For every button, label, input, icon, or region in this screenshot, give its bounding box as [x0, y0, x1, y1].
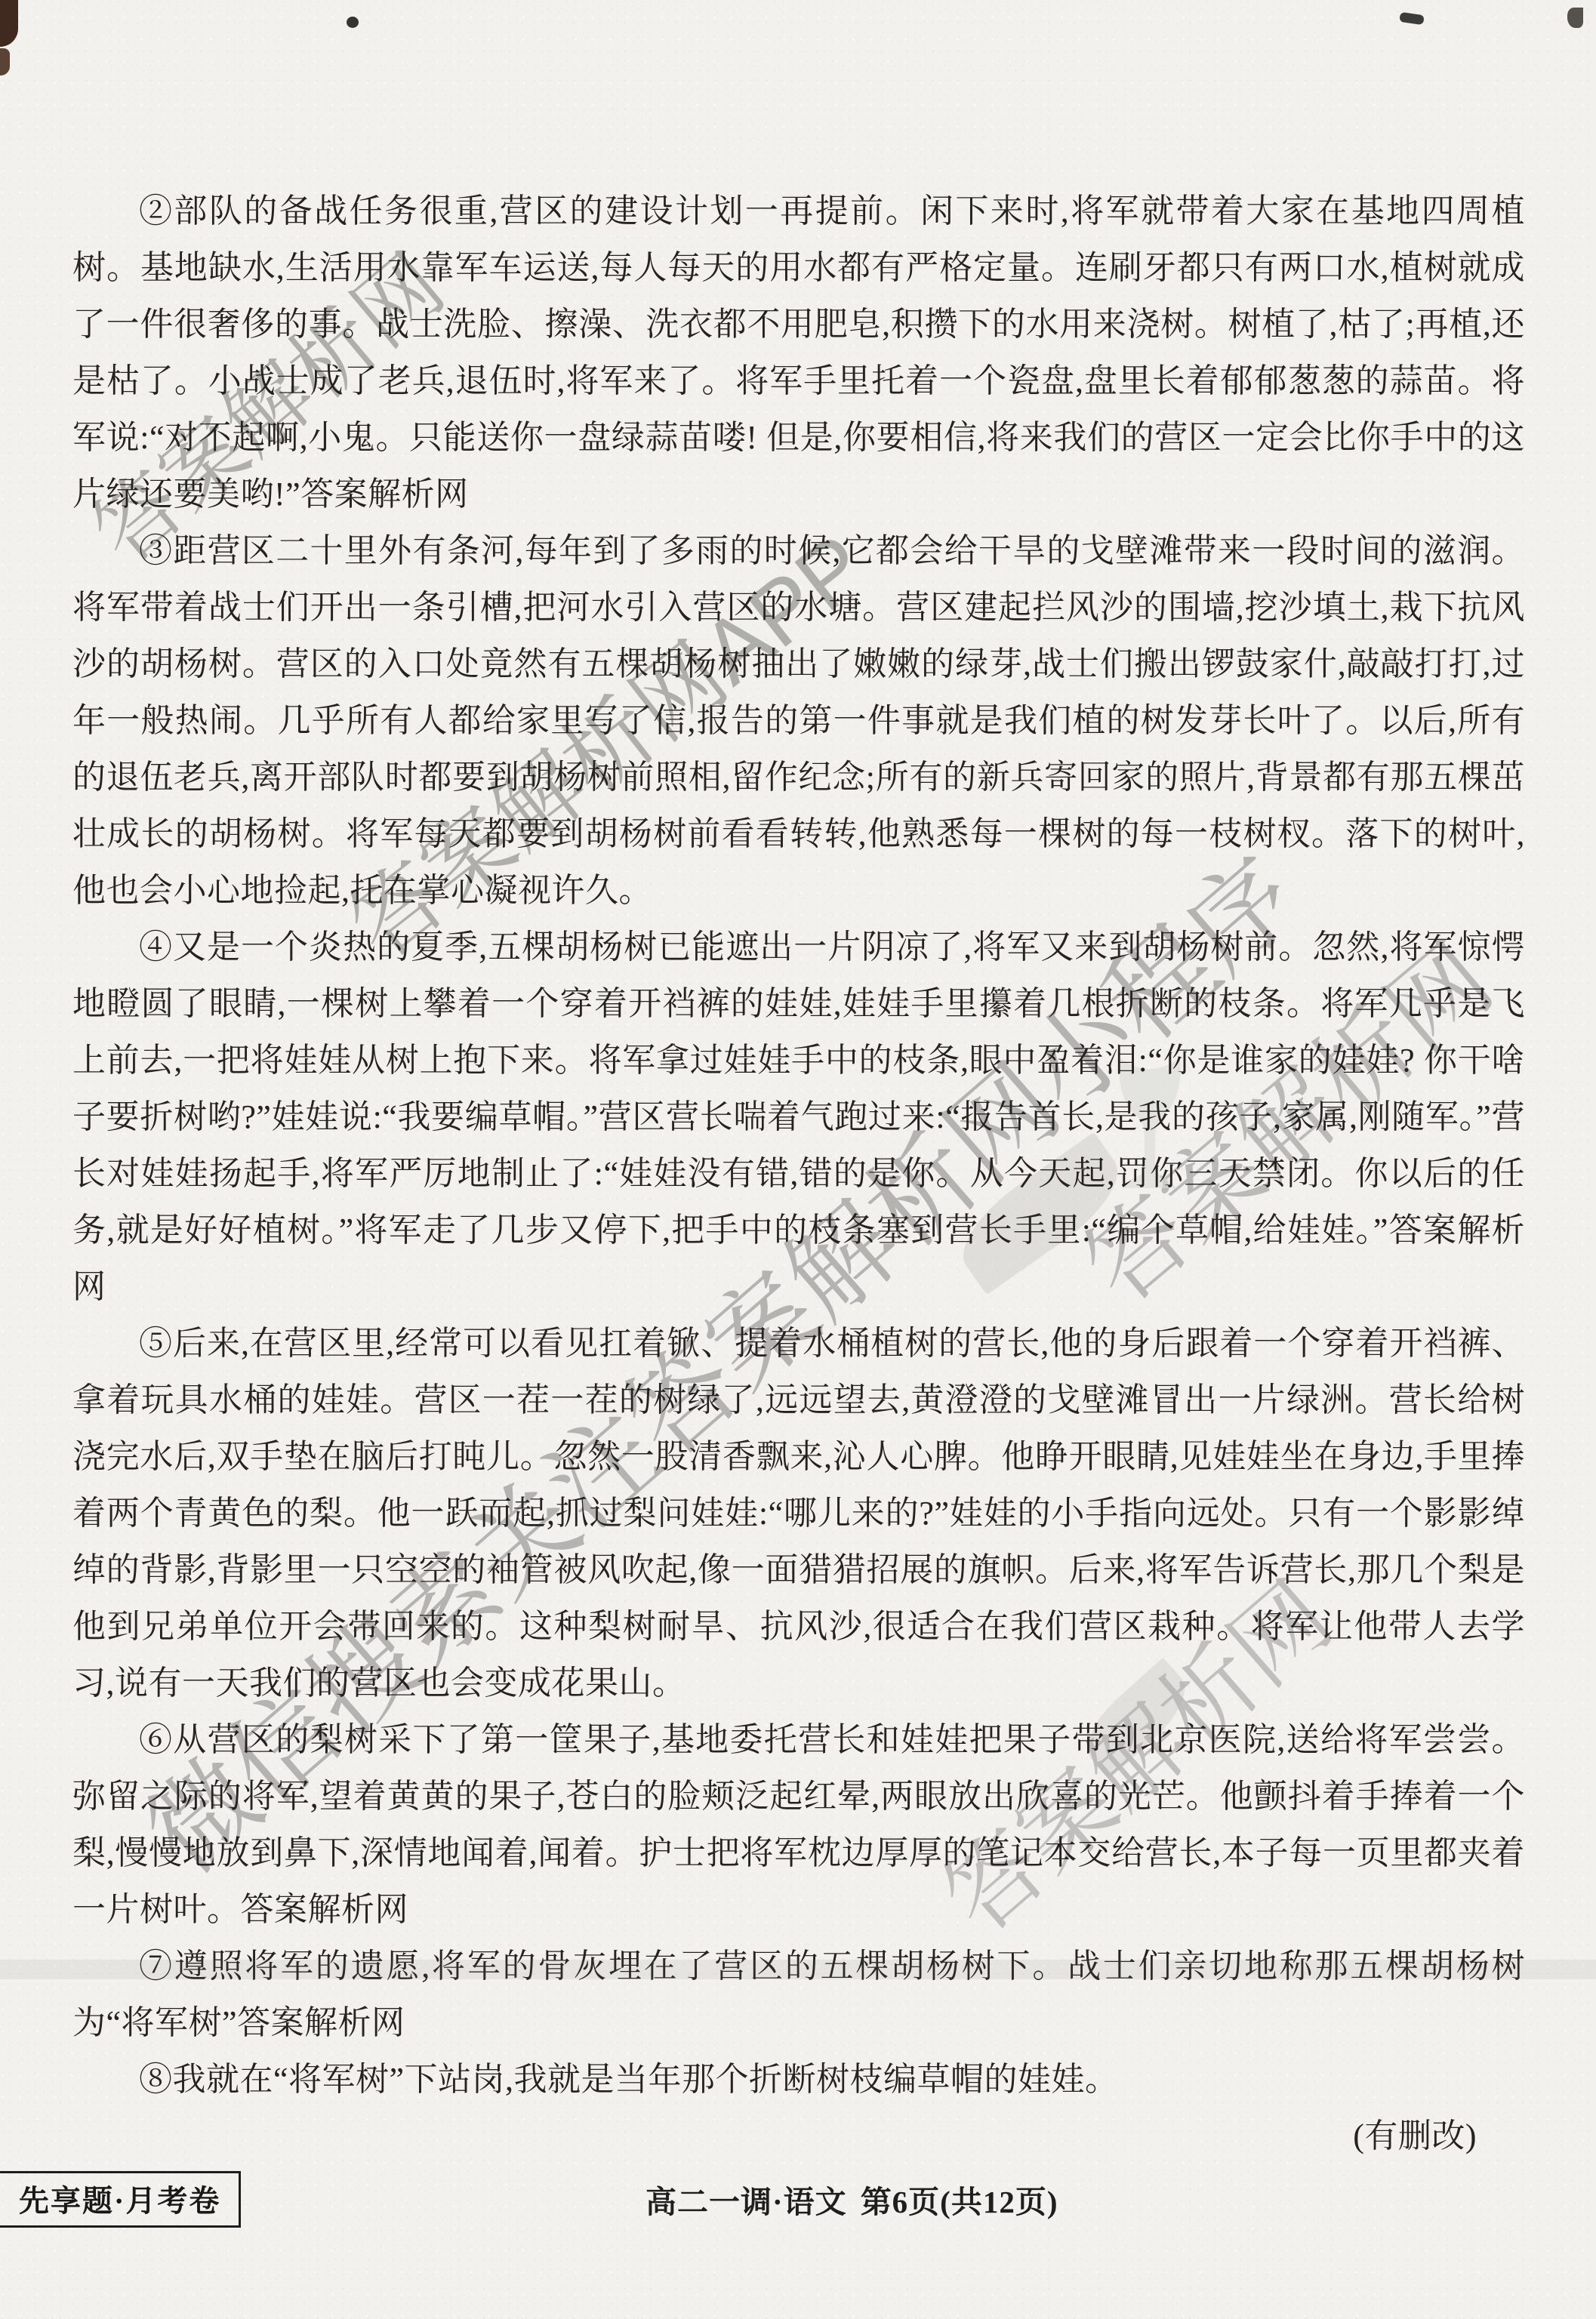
page-footer-info: 高二一调·语文第6页(共12页): [645, 2177, 1058, 2222]
edit-note: (有删改): [72, 2108, 1525, 2164]
page-number-label: 第6页(共12页): [861, 2185, 1058, 2219]
paragraph-7: ⑦遵照将军的遗愿,将军的骨灰埋在了营区的五棵胡杨树下。战士们亲切地称那五棵胡杨树…: [72, 1938, 1525, 2051]
scan-artifact: [1399, 12, 1424, 25]
paragraph-4: ④又是一个炎热的夏季,五棵胡杨树已能遮出一片阴凉了,将军又来到胡杨树前。忽然,将…: [72, 919, 1525, 1315]
paragraph-2: ②部队的备战任务很重,营区的建设计划一再提前。闲下来时,将军就带着大家在基地四周…: [72, 183, 1525, 522]
inline-watermark-text: 答案解析网: [300, 476, 469, 513]
paragraph-text: ②部队的备战任务很重,营区的建设计划一再提前。闲下来时,将军就带着大家在基地四周…: [72, 192, 1525, 513]
paragraph-5: ⑤后来,在营区里,经常可以看见扛着锨、提着水桶植树的营长,他的身后跟着一个穿着开…: [72, 1315, 1525, 1711]
scan-artifact: [0, 0, 18, 47]
paragraph-3: ③距营区二十里外有条河,每年到了多雨的时候,它都会给干旱的戈壁滩带来一段时间的滋…: [72, 522, 1525, 919]
inline-watermark-text: 答案解析网: [237, 2004, 405, 2041]
paper-series-label: 先享题·月考卷: [0, 2171, 241, 2228]
reading-passage: ②部队的备战任务很重,营区的建设计划一再提前。闲下来时,将军就带着大家在基地四周…: [72, 183, 1525, 2164]
scan-artifact: [0, 48, 10, 75]
paragraph-text: ⑧我就在“将军树”下站岗,我就是当年那个折断树枝编草帽的娃娃。: [139, 2061, 1119, 2098]
paragraph-text: ③距营区二十里外有条河,每年到了多雨的时候,它都会给干旱的戈壁滩带来一段时间的滋…: [72, 532, 1525, 909]
inline-watermark-text: 答案解析网: [241, 1891, 409, 1928]
exam-paper-scan: 答案解析网 答案解析网APP 答案解析网 微信搜索关注答案解析网小程序 答案解析…: [0, 0, 1596, 2319]
paragraph-6: ⑥从营区的梨树采下了第一筐果子,基地委托营长和娃娃把果子带到北京医院,送给将军尝…: [72, 1711, 1525, 1938]
paragraph-8: ⑧我就在“将军树”下站岗,我就是当年那个折断树枝编草帽的娃娃。: [72, 2051, 1525, 2108]
scan-artifact: [1567, 8, 1583, 28]
paragraph-text: ⑤后来,在营区里,经常可以看见扛着锨、提着水桶植树的营长,他的身后跟着一个穿着开…: [72, 1325, 1525, 1702]
exam-subject-label: 高二一调·语文: [645, 2185, 847, 2219]
scan-streak: [0, 1960, 1596, 1979]
scan-artifact: [347, 17, 359, 28]
paragraph-text: ④又是一个炎热的夏季,五棵胡杨树已能遮出一片阴凉了,将军又来到胡杨树前。忽然,将…: [72, 929, 1525, 1249]
